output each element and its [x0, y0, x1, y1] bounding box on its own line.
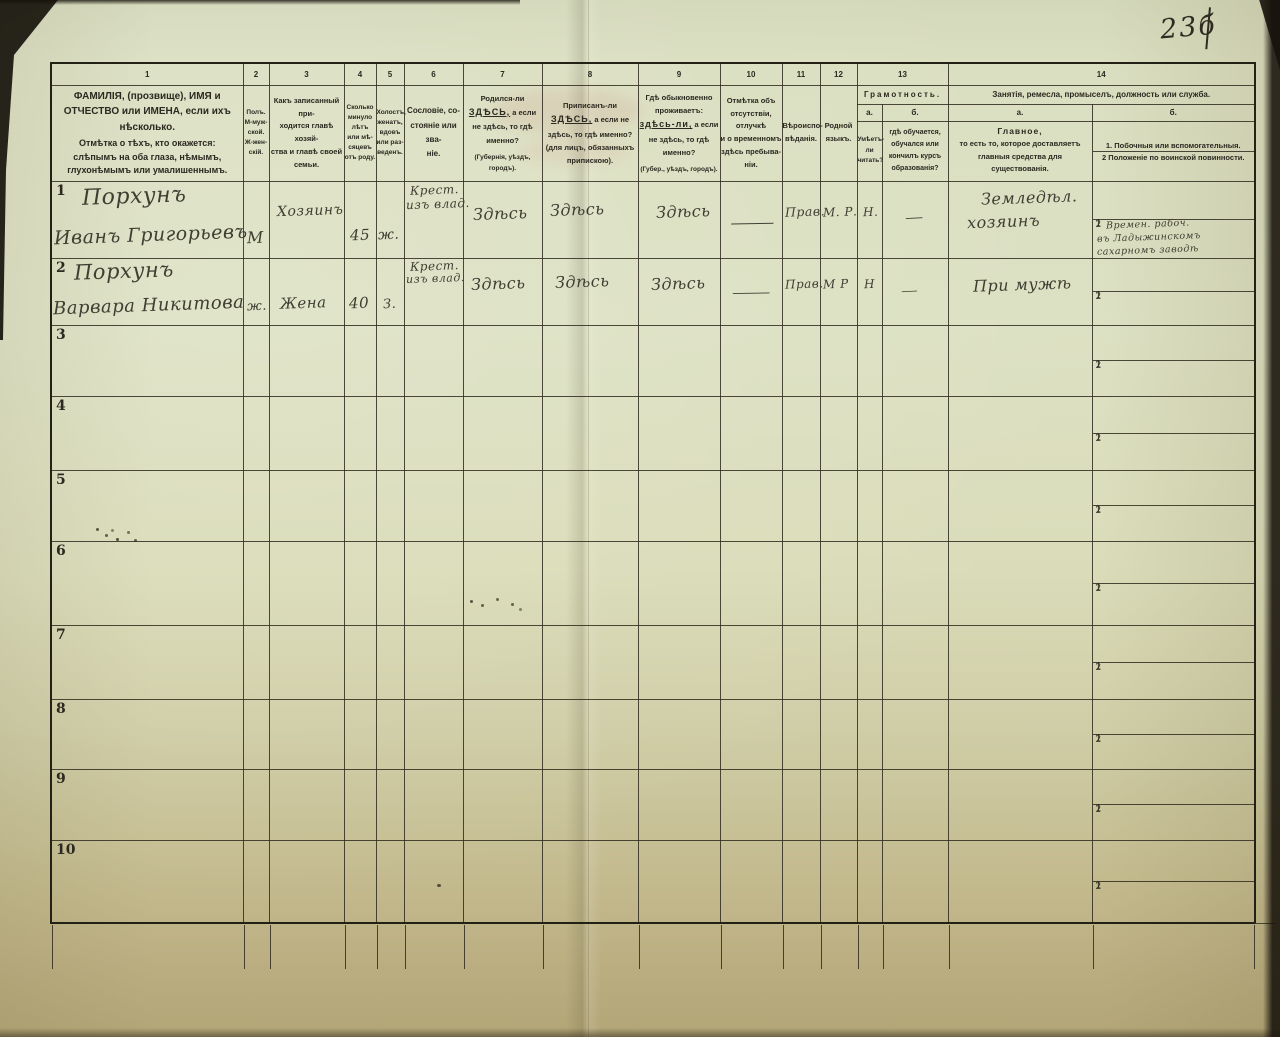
hw-language: М. Р. [822, 205, 857, 218]
hw-side-3: сахарномъ заводѣ [1096, 244, 1198, 257]
cell [948, 840, 1092, 923]
side-occupation-sub1: 1 [1093, 433, 1255, 434]
cell-absence: — [720, 181, 782, 258]
hw-surname: Порхунъ [82, 184, 187, 210]
cell [376, 699, 404, 769]
cell [882, 325, 948, 396]
cell-side-occupation: 1 2 [1092, 541, 1255, 625]
cell [269, 470, 344, 541]
cell-registration: Здѣсь [542, 181, 638, 258]
header-registration-emph: ЗДѢСЬ, [551, 114, 592, 124]
cell-language: М Р [820, 258, 857, 325]
col-num-11: 11 [782, 63, 820, 85]
cell-sex: ж. [243, 258, 269, 325]
cell [542, 396, 638, 470]
cell [720, 840, 782, 923]
sub-label-2: 2 [1096, 882, 1102, 892]
table-row: 6 1 2 [51, 541, 1255, 625]
cell [948, 625, 1092, 699]
cell [948, 325, 1092, 396]
cell-main-occupation: Земледѣл. хозяинъ [948, 181, 1092, 258]
census-table: 1 2 3 4 5 6 7 8 9 10 11 12 13 14 ФАМИЛІЯ… [50, 62, 1256, 924]
cell [948, 541, 1092, 625]
header-education: гдѣ обучается, обучался или кончилъ курс… [882, 121, 948, 181]
hw-estate-2: изъ влад. [405, 271, 464, 284]
cell [243, 699, 269, 769]
cell-relation: Хозяинъ [269, 181, 344, 258]
header-names: ФАМИЛІЯ, (прозвище), ИМЯ и ОТЧЕСТВО или … [51, 85, 243, 181]
cell [404, 325, 463, 396]
hw-side-2: въ Ладыжинскомъ [1096, 231, 1200, 244]
cell-side-occupation: 1 2 [1092, 325, 1255, 396]
hw-sex: ж. [246, 299, 266, 313]
col-num-8: 8 [542, 63, 638, 85]
cell [404, 625, 463, 699]
cell [243, 541, 269, 625]
cell-side-occupation: 1 2 [1092, 258, 1255, 325]
hw-side-1: Времен. рабоч. [1105, 219, 1189, 231]
cell [720, 699, 782, 769]
cell [344, 769, 376, 840]
table-row: 1 Порхунъ Иванъ Григорьевъ М Хозяинъ 45 … [51, 181, 1255, 258]
hw-birthplace: Здѣсь [470, 275, 525, 293]
cell [404, 396, 463, 470]
row-number: 9 [56, 771, 66, 787]
cell [463, 769, 542, 840]
cell-name: 8 [51, 699, 243, 769]
cell [882, 541, 948, 625]
column-number-row: 1 2 3 4 5 6 7 8 9 10 11 12 13 14 [51, 63, 1255, 85]
cell [720, 396, 782, 470]
cell [857, 699, 882, 769]
cell [820, 769, 857, 840]
cell [344, 470, 376, 541]
header-birthplace-emph: ЗДѢСЬ, [469, 107, 510, 117]
cell [269, 840, 344, 923]
cell [404, 699, 463, 769]
col-num-10: 10 [720, 63, 782, 85]
sub-label-2: 2 [1096, 805, 1102, 815]
header-residence-note: (Губер., уѣздъ, городъ). [639, 164, 720, 175]
table-row: 10 1 2 [51, 840, 1255, 923]
page-number-struck-char: б [1197, 10, 1218, 42]
cell [857, 541, 882, 625]
hw-education-dash: — [904, 211, 924, 225]
cell [243, 840, 269, 923]
side-occupation-sub1: 1 [1093, 291, 1255, 292]
cell [344, 840, 376, 923]
cell [269, 769, 344, 840]
cell-relation: Жена [269, 258, 344, 325]
header-main-occupation-rest: то есть то, которое доставляетъ главныя … [949, 136, 1092, 176]
side-occupation-sub1: 1 [1093, 662, 1255, 663]
hw-occupation-1: При мужѣ [972, 275, 1071, 294]
col-num-9: 9 [638, 63, 720, 85]
cell [820, 699, 857, 769]
hw-estate-1: Крест. [409, 259, 458, 273]
cell [269, 625, 344, 699]
cell [857, 396, 882, 470]
hw-estate-1: Крест. [409, 183, 458, 197]
cell [243, 325, 269, 396]
side-occupation-sub1: 1 [1093, 734, 1255, 735]
cell [720, 325, 782, 396]
cell [882, 769, 948, 840]
cell-can-read: Н [857, 258, 882, 325]
hw-absence-dash: — [727, 215, 777, 231]
cell [638, 625, 720, 699]
cell [542, 470, 638, 541]
cell [243, 625, 269, 699]
header-age: Сколько минуло лѣтъ или мѣ- сяцевъ отъ р… [344, 85, 376, 181]
side-occupation-sub1: 1 [1093, 583, 1255, 584]
cell-absence: — [720, 258, 782, 325]
header-main-occupation-word: Главное, [949, 126, 1092, 136]
header-residence-pre: Гдѣ обыкновенно проживаетъ: [646, 93, 713, 115]
hw-estate-2: изъ влад. [405, 196, 469, 210]
hw-age: 40 [348, 295, 369, 311]
hw-education-dash: — [900, 284, 919, 297]
header-can-read: Умѣетъ- ли читать? [857, 121, 882, 181]
cell [376, 325, 404, 396]
cell [882, 396, 948, 470]
hw-surname: Порхунъ [74, 259, 174, 283]
hw-language: М Р [822, 277, 848, 290]
cell [344, 541, 376, 625]
cell [542, 325, 638, 396]
header-birthplace-pre: Родился-ли [481, 94, 525, 103]
cell [782, 325, 820, 396]
cell [782, 769, 820, 840]
cell [542, 541, 638, 625]
occupation-b-label: б. [1092, 104, 1255, 121]
cell [638, 541, 720, 625]
table-row: 4 1 2 [51, 396, 1255, 470]
cell-side-occupation: 1 2 [1092, 769, 1255, 840]
hw-birthplace: Здѣсь [472, 205, 527, 223]
hw-given-name: Варвара Никитова [53, 293, 245, 318]
col-num-4: 4 [344, 63, 376, 85]
hw-occupation-1: Земледѣл. [980, 188, 1077, 207]
table-row: 8 1 2 [51, 699, 1255, 769]
cell [463, 625, 542, 699]
cell [720, 541, 782, 625]
cell [720, 625, 782, 699]
hw-residence: Здѣсь [650, 275, 705, 293]
page-number-main: 23 [1159, 11, 1200, 45]
cell-residence: Здѣсь [638, 181, 720, 258]
col-num-6: 6 [404, 63, 463, 85]
cell [638, 840, 720, 923]
row-number: 8 [56, 701, 66, 717]
cell [404, 840, 463, 923]
cell [376, 396, 404, 470]
cell [638, 396, 720, 470]
cell-sex: М [243, 181, 269, 258]
hw-given-name: Иванъ Григорьевъ [54, 222, 248, 248]
header-birthplace: Родился-ли ЗДѢСЬ, а если не здѣсь, то гд… [463, 85, 542, 181]
cell-birthplace: Здѣсь [463, 181, 542, 258]
row-number: 5 [56, 472, 66, 488]
header-religion: Вѣроиспо- вѣданія. [782, 85, 820, 181]
row-number: 2 [56, 260, 66, 276]
table-row: 5 1 2 [51, 470, 1255, 541]
cell [948, 470, 1092, 541]
cell [344, 625, 376, 699]
sub-label-2: 2 [1096, 292, 1102, 302]
cell [882, 840, 948, 923]
column-line-overruns [52, 925, 53, 969]
cell [948, 769, 1092, 840]
header-language: Родной языкъ. [820, 85, 857, 181]
cell [404, 470, 463, 541]
cell [882, 470, 948, 541]
header-residence: Гдѣ обыкновенно проживаетъ: здѣсь-ли, а … [638, 85, 720, 181]
cell [782, 625, 820, 699]
row-number: 1 [56, 183, 66, 199]
header-marital: Холостъ, женатъ, вдовъ или раз- веденъ. [376, 85, 404, 181]
cell-side-occupation: 1 2 [1092, 840, 1255, 923]
cell [820, 470, 857, 541]
cell [376, 470, 404, 541]
cell [638, 325, 720, 396]
cell [269, 396, 344, 470]
cell [857, 625, 882, 699]
cell-education: — [882, 258, 948, 325]
cell-name: 5 [51, 470, 243, 541]
table-row: 2 Порхунъ Варвара Никитова ж. Жена 40 З.… [51, 258, 1255, 325]
header-relation: Какъ записанный при- ходится главѣ хозяй… [269, 85, 344, 181]
hw-age: 45 [349, 227, 370, 243]
col-num-13: 13 [857, 63, 948, 85]
cell-residence: Здѣсь [638, 258, 720, 325]
side-occupation-sub1: 1 Времен. рабоч. въ Ладыжинскомъ сахарно… [1093, 219, 1255, 220]
sub-label-2: 2 [1096, 434, 1102, 444]
cell [857, 470, 882, 541]
header-estate: Сословіе, со- стояніе или зва- ніе. [404, 85, 463, 181]
hw-relation: Хозяинъ [276, 202, 343, 218]
cell [720, 470, 782, 541]
cell [404, 769, 463, 840]
cell [820, 396, 857, 470]
folio-page-number: 23б [1159, 10, 1218, 46]
cell [243, 769, 269, 840]
col-num-5: 5 [376, 63, 404, 85]
header-side-occupation-2: 2 Положеніе по воинской повинности. [1093, 152, 1255, 163]
header-main-occupation: Главное, то есть то, которое доставляетъ… [948, 121, 1092, 181]
hw-religion: Прав. [784, 277, 823, 290]
cell [542, 769, 638, 840]
hw-residence: Здѣсь [655, 203, 710, 221]
cell-main-occupation: При мужѣ [948, 258, 1092, 325]
row-number: 3 [56, 327, 66, 343]
cell-language: М. Р. [820, 181, 857, 258]
cell-name: 4 [51, 396, 243, 470]
hw-marital: З. [382, 297, 396, 310]
cell [782, 840, 820, 923]
cell [782, 396, 820, 470]
header-sex: Полъ. М-муж- ской. Ж-жен- скій. [243, 85, 269, 181]
cell-age: 40 [344, 258, 376, 325]
sub-label-2: 2 [1096, 663, 1102, 673]
cell [782, 699, 820, 769]
header-names-note: Отмѣтка о тѣхъ, кто окажется: слѣпымъ на… [52, 135, 243, 178]
cell-name: 1 Порхунъ Иванъ Григорьевъ [51, 181, 243, 258]
header-side-occupation: 1. Побочныя или вспомогательныя. 2 Полож… [1092, 121, 1255, 181]
col-num-14: 14 [948, 63, 1255, 85]
header-side-occupation-1: 1. Побочныя или вспомогательныя. [1093, 140, 1255, 152]
hw-relation: Жена [279, 295, 326, 312]
cell [857, 840, 882, 923]
cell [269, 541, 344, 625]
cell [882, 625, 948, 699]
cell-marital: З. [376, 258, 404, 325]
cell [857, 769, 882, 840]
cell [344, 325, 376, 396]
header-title-row: ФАМИЛІЯ, (прозвище), ИМЯ и ОТЧЕСТВО или … [51, 85, 1255, 104]
cell-age: 45 [344, 181, 376, 258]
sub-label-2: 2 [1096, 361, 1102, 371]
cell-can-read: Н. [857, 181, 882, 258]
col-num-7: 7 [463, 63, 542, 85]
cell [638, 699, 720, 769]
table-row: 3 1 2 [51, 325, 1255, 396]
cell-side-occupation: 1 2 [1092, 625, 1255, 699]
cell-name: 2 Порхунъ Варвара Никитова [51, 258, 243, 325]
header-literacy-title: Грамотность. [857, 85, 948, 104]
cell [857, 325, 882, 396]
cell-education: — [882, 181, 948, 258]
cell [638, 769, 720, 840]
cell [463, 840, 542, 923]
hw-can-read: Н [863, 277, 874, 289]
header-registration: Приписанъ-ли ЗДѢСЬ, а если не здѣсь, то … [542, 85, 638, 181]
hw-sex: М [246, 229, 263, 246]
col-num-2: 2 [243, 63, 269, 85]
cell-registration: Здѣсь [542, 258, 638, 325]
sub-label-2: 2 [1096, 735, 1102, 745]
cell-birthplace: Здѣсь [463, 258, 542, 325]
cell-side-occupation: 1 2 [1092, 470, 1255, 541]
cell [463, 470, 542, 541]
cell-religion: Прав. [782, 258, 820, 325]
literacy-a-label: а. [857, 104, 882, 121]
col-num-12: 12 [820, 63, 857, 85]
cell [542, 840, 638, 923]
header-birthplace-note: (Губернія, уѣздъ, городъ). [464, 152, 542, 175]
cell-name: 9 [51, 769, 243, 840]
row-number: 10 [56, 842, 75, 858]
hw-can-read: Н. [862, 205, 878, 218]
cell [542, 699, 638, 769]
cell [782, 541, 820, 625]
cell-estate: Крест. изъ влад. [404, 258, 463, 325]
cell [720, 769, 782, 840]
cell [820, 840, 857, 923]
cell-name: 6 [51, 541, 243, 625]
header-occupation-title: Занятія, ремесла, промыселъ, должность и… [948, 85, 1255, 104]
sub-label-2: 2 [1096, 220, 1102, 230]
occupation-a-label: а. [948, 104, 1092, 121]
sub-label-2: 2 [1096, 584, 1102, 594]
cell [376, 541, 404, 625]
hw-registration: Здѣсь [549, 201, 604, 219]
cell [344, 699, 376, 769]
cell [463, 325, 542, 396]
header-registration-pre: Приписанъ-ли [563, 101, 617, 110]
col-num-3: 3 [269, 63, 344, 85]
hw-occupation-2: хозяинъ [966, 212, 1039, 231]
side-occupation-sub1: 1 [1093, 505, 1255, 506]
cell [404, 541, 463, 625]
literacy-b-label: б. [882, 104, 948, 121]
sub-label-2: 2 [1096, 506, 1102, 516]
cell-side-occupation: 1 2 [1092, 699, 1255, 769]
cell [376, 840, 404, 923]
cell [882, 699, 948, 769]
header-absence: Отмѣтка объ отсутствіи, отлучкѣ и о врем… [720, 85, 782, 181]
row-number: 4 [56, 398, 66, 414]
col-num-1: 1 [51, 63, 243, 85]
cell [463, 541, 542, 625]
hw-religion: Прав. [784, 205, 825, 219]
cell-religion: Прав. [782, 181, 820, 258]
cell [638, 470, 720, 541]
cell [948, 699, 1092, 769]
cell-name: 7 [51, 625, 243, 699]
cell-side-occupation: 1 2 [1092, 396, 1255, 470]
cell [820, 541, 857, 625]
cell [243, 470, 269, 541]
cell [376, 625, 404, 699]
cell [243, 396, 269, 470]
side-occupation-sub1: 1 [1093, 804, 1255, 805]
cell [820, 325, 857, 396]
bottom-line-overrun [1255, 923, 1276, 924]
row-number: 6 [56, 543, 66, 559]
cell [542, 625, 638, 699]
cell [948, 396, 1092, 470]
cell-side-occupation: 1 Времен. рабоч. въ Ладыжинскомъ сахарно… [1092, 181, 1255, 258]
row-number: 7 [56, 627, 66, 643]
cell [782, 470, 820, 541]
cell [344, 396, 376, 470]
cell [463, 396, 542, 470]
cell [269, 699, 344, 769]
cell [269, 325, 344, 396]
cell-marital: ж. [376, 181, 404, 258]
hw-registration: Здѣсь [554, 273, 609, 291]
hw-absence-dash: — [729, 286, 773, 300]
cell [376, 769, 404, 840]
cell [463, 699, 542, 769]
hw-marital: ж. [377, 227, 399, 242]
cell-estate: Крест. изъ влад. [404, 181, 463, 258]
header-residence-emph: здѣсь-ли, [640, 119, 693, 129]
header-names-main: ФАМИЛІЯ, (прозвище), ИМЯ и ОТЧЕСТВО или … [52, 89, 243, 136]
cell-name: 10 [51, 840, 243, 923]
cell-name: 3 [51, 325, 243, 396]
side-occupation-sub1: 1 [1093, 881, 1255, 882]
cell [820, 625, 857, 699]
table-row: 9 1 2 [51, 769, 1255, 840]
table-row: 7 1 2 [51, 625, 1255, 699]
side-occupation-sub1: 1 [1093, 360, 1255, 361]
